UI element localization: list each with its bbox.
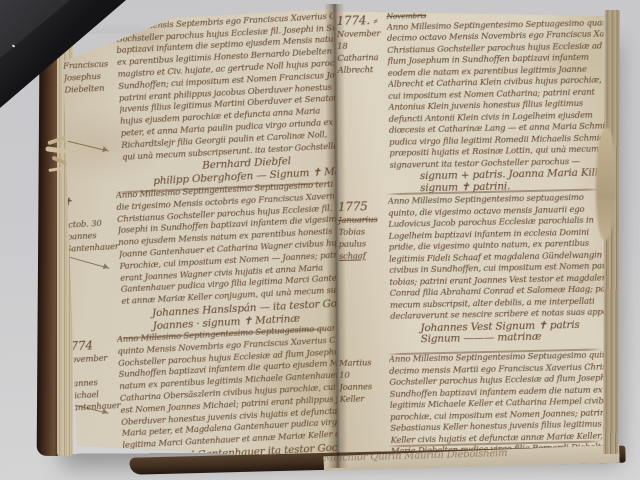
entry-text-column: Anno Millesimo Septingentesimo Septuages… [116,180,338,335]
photo-canvas: Melchior Quirin Mauritii Diebolsheim 73.… [0,0,640,480]
entry-text-column: Anno Millesimo Septingentesimo Septuages… [117,324,338,462]
right-page: 1774. ⸗November18CatharinaAlbrecht Novem… [334,4,609,466]
handwriting-line: Gantenhauer [64,241,119,256]
entry-signatures: Johannes Vest Signum ✝ patrisSignum ——— … [390,319,608,347]
handwriting-line: schaaf [339,250,389,263]
book-gutter-shadow [324,4,347,468]
baptism-entry: 1774. ⸗November18CatharinaAlbrecht Novem… [336,6,608,196]
entry-text-column: Anno Millesimo Septingentesimo Septuages… [114,8,337,190]
entry-body-text: Anno Millesimo Septingentesimo Septuages… [114,8,337,164]
baptism-entry: ✝octob. 30JoannesGantenhauer Anno Milles… [62,180,338,338]
baptism-entry: 1774November5JoannesMichaelGantenhauer A… [63,324,338,462]
handwriting-line: Catharina [337,52,387,65]
entry-body-text: Anno Millesimo Septingentesimo septuages… [388,192,609,323]
entry-text-column: Anno Millesimo Septingentesimo septuages… [388,192,609,346]
entry-text-column: NovembrisAnno Millesimo Septingentesimo … [386,6,608,195]
handwriting-line: Signum ——— matrinæ [421,330,609,345]
entry-body-text: Anno Millesimo Septingentesimo Septuages… [116,180,338,309]
entry-body-text: NovembrisAnno Millesimo Septingentesimo … [386,6,607,172]
left-page: 73.Septembris8FranciscusJosephusDiebelte… [58,8,337,462]
baptism-entry: 1775JanuariusTobiaspaulusschaaf Anno Mil… [338,192,609,347]
open-register-book: Melchior Quirin Mauritii Diebolsheim 73.… [34,0,621,480]
handwriting-line: Albrecht [338,64,388,77]
entry-body-text: Anno Millesimo Septingentesimo Septuages… [117,324,338,453]
dark-cover-edge-highlight [0,0,70,58]
handwriting-line: Diebelten [64,82,119,97]
handwriting-line: paulus [339,238,389,251]
